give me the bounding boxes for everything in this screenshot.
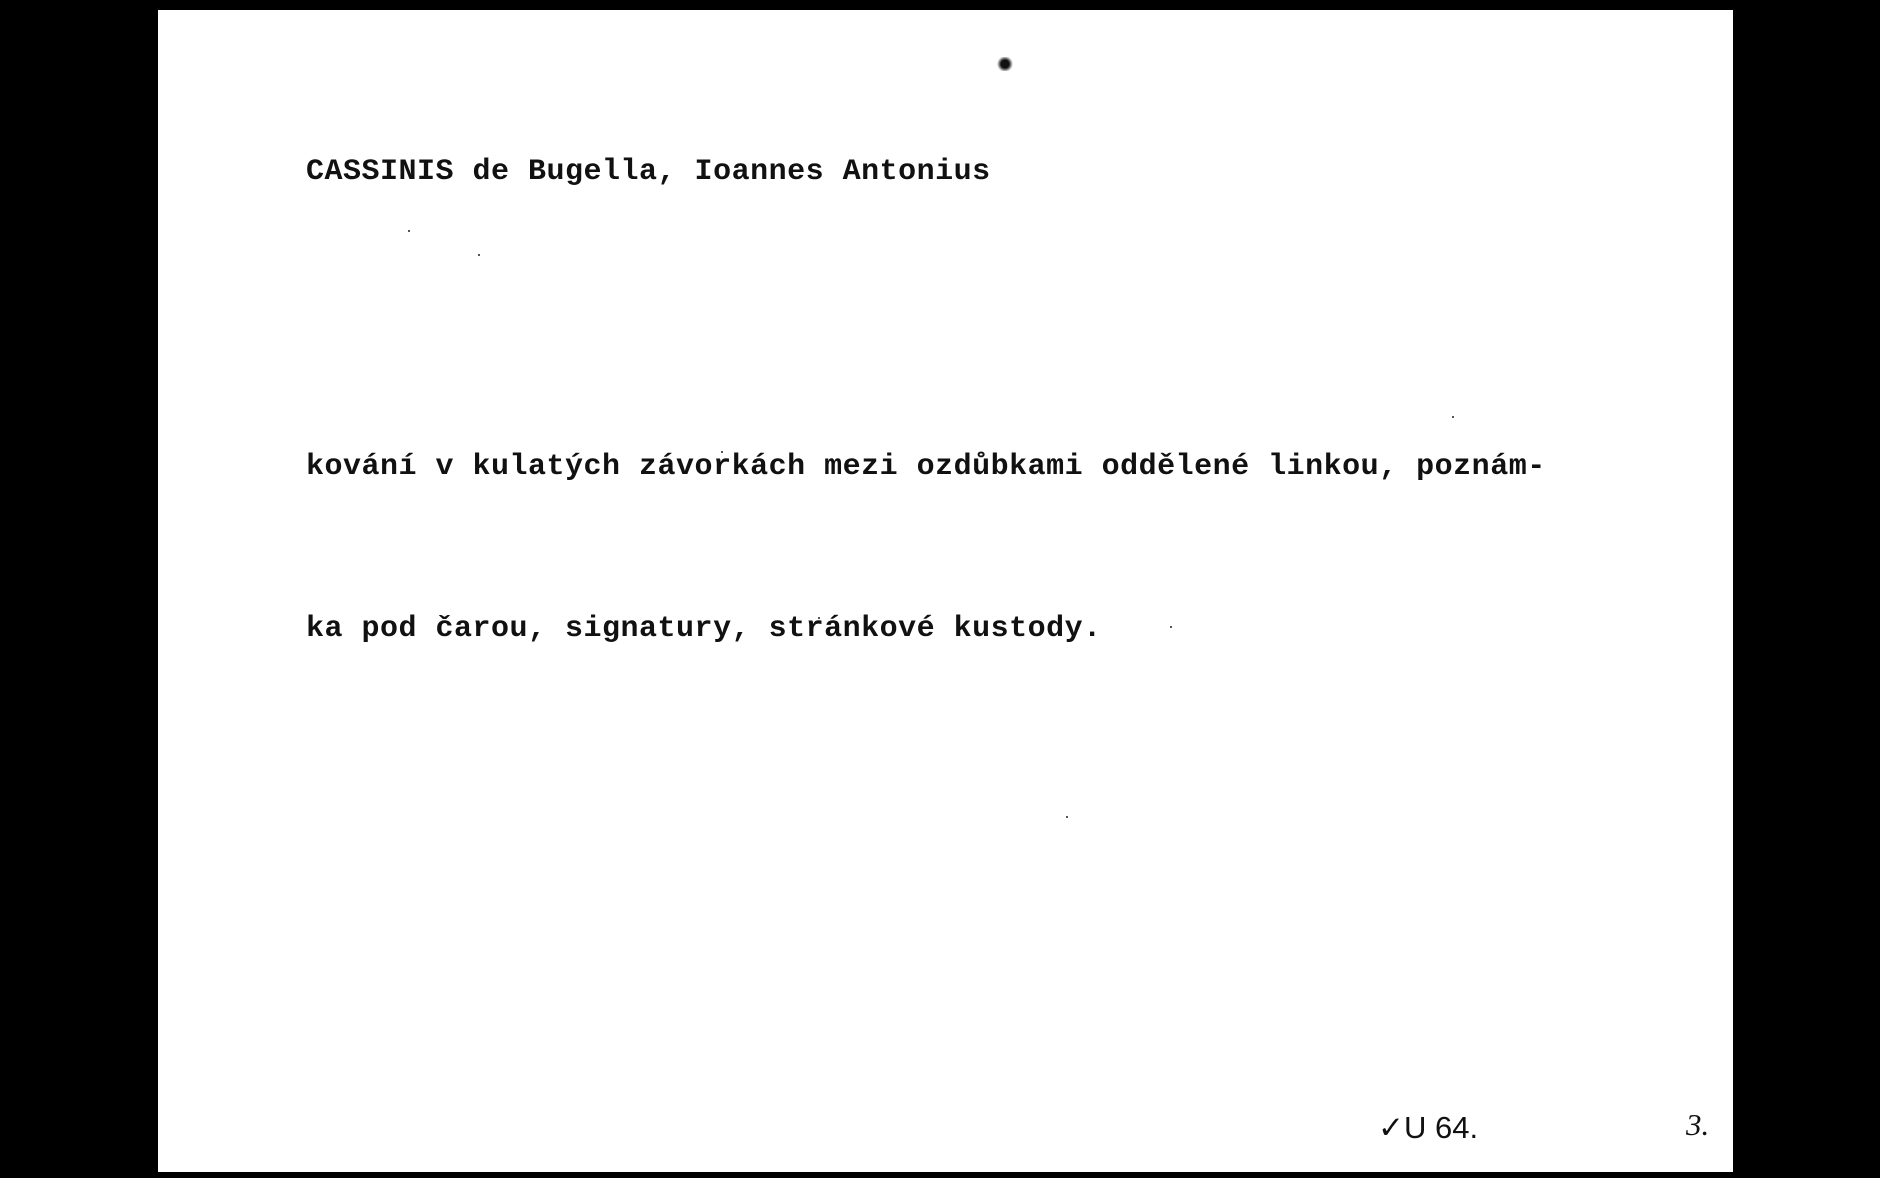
speck	[721, 451, 723, 453]
speck	[408, 230, 410, 232]
card-number: 3.	[1686, 1107, 1709, 1143]
card-body: kování v kulatých závorkách mezi ozdůbka…	[306, 332, 1546, 764]
speck	[478, 254, 480, 256]
body-line: ka pod čarou, signatury, stránkové kusto…	[306, 602, 1546, 656]
catalog-card: CASSINIS de Bugella, Ioannes Antonius ko…	[158, 10, 1733, 1172]
body-line: kování v kulatých závorkách mezi ozdůbka…	[306, 440, 1546, 494]
ink-blot-mark	[996, 57, 1014, 71]
speck	[1452, 416, 1454, 418]
speck	[1066, 816, 1068, 818]
speck	[1362, 459, 1364, 461]
shelfmark: ✓U 64.	[1378, 1110, 1478, 1146]
card-heading: CASSINIS de Bugella, Ioannes Antonius	[306, 155, 991, 189]
speck	[1170, 626, 1172, 628]
speck	[818, 617, 820, 619]
